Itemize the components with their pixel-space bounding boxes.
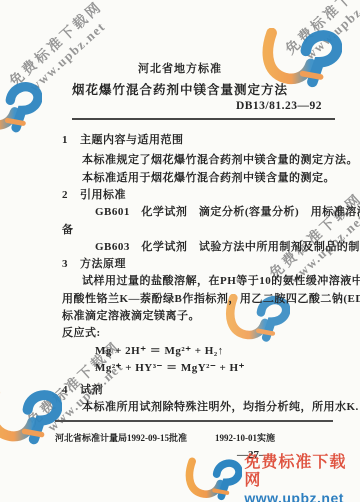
standard-org-line: 河北省地方标准	[0, 60, 360, 76]
section-number: 4	[62, 384, 68, 396]
section-3-line-2: 用酸性铬兰K—萘酚绿B作指标剂，用乙二胺四乙酸二钠(EDTA)	[62, 290, 360, 306]
watermark-diagonal-top-left: 免费标准下载网 www.upbz.net	[0, 0, 132, 116]
approval-note: 河北省标准计量局1992-09-15批准	[55, 431, 187, 444]
section-number: 2	[62, 189, 68, 201]
section-title: 引用标准	[80, 189, 126, 201]
section-number: 1	[62, 134, 68, 146]
reference-gb603: GB603 化学试剂 试验方法中所用制剂及制品的制备	[95, 238, 360, 254]
watermark-site-url: www.upbz.net	[244, 490, 360, 502]
section-1-heading: 1主题内容与适用范围	[62, 131, 184, 147]
watermark-site-name: 免费标准下载网	[244, 454, 360, 490]
section-title: 方法原理	[80, 258, 126, 270]
section-3-line-3: 标准滴定溶液滴定镁离子。	[62, 307, 200, 323]
section-4-heading: 4试剂	[62, 381, 103, 397]
upbz-logo-icon	[0, 388, 62, 447]
reaction-label: 反应式:	[62, 324, 101, 340]
section-1-para-1: 本标准规定了烟花爆竹混合药剂中镁含量的测定方法。	[82, 151, 358, 167]
reference-gb601-line-2: 备	[62, 221, 74, 237]
section-3-heading: 3方法原理	[62, 255, 126, 271]
page-title: 烟花爆竹混合药剂中镁含量测定方法	[0, 80, 360, 98]
watermark-banner-text: 免费标准下载网 www.upbz.net	[244, 454, 360, 502]
footer-rule	[55, 420, 333, 422]
section-3-line-1: 试样用过量的盐酸溶解，在PH等于10的氨性缓冲溶液中，	[82, 272, 360, 288]
section-1-para-2: 本标准适用于烟花爆竹混合药剂中镁含量的测定。	[82, 169, 335, 185]
upbz-logo-icon	[184, 457, 242, 502]
standard-number: DB13/81.23—92	[236, 100, 322, 112]
reaction-formula-1: Mg + 2H⁺ ＝ Mg²⁺ + H₂↑	[95, 342, 224, 358]
watermark-site-url: www.upbz.net	[3, 0, 133, 116]
section-4-para: 本标准所用试剂除特殊注明外，均指分析纯，所用水K.	[82, 398, 359, 414]
reaction-formula-2: Mg²⁺ + HY³⁻ ＝ MgY²⁻ + H⁺	[95, 359, 245, 375]
section-2-heading: 2引用标准	[62, 186, 126, 202]
section-number: 3	[62, 258, 68, 270]
section-title: 主题内容与适用范围	[80, 134, 184, 146]
watermark-banner: 免费标准下载网 www.upbz.net	[184, 454, 360, 502]
reference-gb601-line-1: GB601 化学试剂 滴定分析(容量分析) 用标准溶液的制	[95, 203, 360, 219]
document-page: 免费标准下载网 www.upbz.net 免费标准下载网 www.upbz.ne…	[0, 0, 360, 502]
implementation-note: 1992-10-01实施	[215, 431, 275, 444]
section-title: 试剂	[80, 384, 103, 396]
header-rule	[72, 118, 335, 120]
